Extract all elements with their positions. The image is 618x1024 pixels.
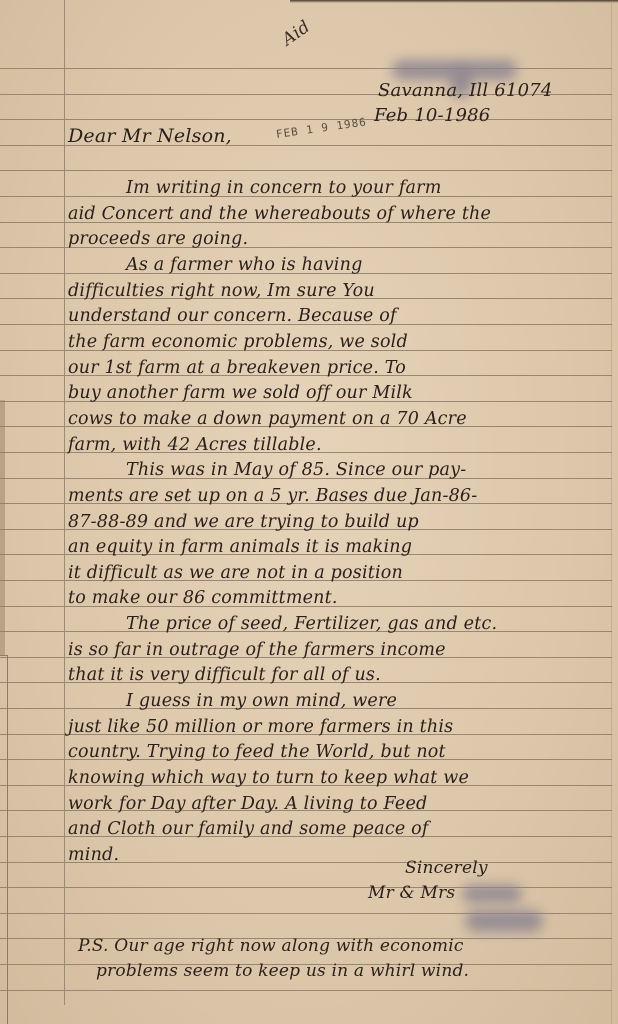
body-line: just like 50 million or more farmers in … [68, 717, 453, 737]
rule-line [0, 170, 612, 171]
rule-line [0, 990, 612, 991]
body-line: an equity in farm animals it is making [68, 537, 412, 557]
body-line: understand our concern. Because of [68, 306, 397, 326]
body-line: aid Concert and the whereabouts of where… [68, 204, 491, 224]
postscript-line: P.S. Our age right now along with econom… [78, 936, 464, 956]
body-line: that it is very difficult for all of us. [68, 665, 381, 685]
body-line: 87-88-89 and we are trying to build up [68, 512, 419, 532]
body-line: cows to make a down payment on a 70 Acre [68, 409, 467, 429]
letter-page: Aid Savanna, Ill 61074 Feb 10-1986 Dear … [0, 0, 618, 1024]
body-line: This was in May of 85. Since our pay- [126, 460, 466, 480]
redacted-signature-name [462, 885, 522, 903]
body-line: As a farmer who is having [126, 255, 362, 275]
sender-address: Savanna, Ill 61074 [378, 80, 553, 101]
body-line: difficulties right now, Im sure You [68, 281, 375, 301]
redacted-signature-surname [465, 910, 543, 932]
body-line: the farm economic problems, we sold [68, 332, 408, 352]
letter-date: Feb 10-1986 [374, 105, 490, 126]
body-line: I guess in my own mind, were [126, 691, 397, 711]
body-line: mind. [68, 845, 119, 865]
body-line: knowing which way to turn to keep what w… [68, 768, 469, 788]
body-line: buy another farm we sold off our Milk [68, 383, 413, 403]
body-line: The price of seed, Fertilizer, gas and e… [126, 614, 497, 634]
body-line: Im writing in concern to your farm [126, 178, 442, 198]
body-line: our 1st farm at a breakeven price. To [68, 358, 406, 378]
body-line: ments are set up on a 5 yr. Bases due Ja… [68, 486, 477, 506]
body-line: proceeds are going. [68, 229, 248, 249]
body-line: and Cloth our family and some peace of [68, 819, 429, 839]
closing: Sincerely [405, 858, 488, 878]
body-line: farm, with 42 Acres tillable. [68, 435, 322, 455]
margin-line [64, 0, 65, 1005]
body-line: to make our 86 committment. [68, 588, 338, 608]
salutation: Dear Mr Nelson, [68, 125, 232, 147]
body-line: country. Trying to feed the World, but n… [68, 742, 446, 762]
signature: Mr & Mrs [368, 883, 455, 903]
body-line: it difficult as we are not in a position [68, 563, 403, 583]
postscript-line: problems seem to keep us in a whirl wind… [96, 961, 469, 981]
rule-line [0, 119, 612, 120]
body-line: work for Day after Day. A living to Feed [68, 794, 427, 814]
body-line: is so far in outrage of the farmers inco… [68, 640, 446, 660]
rule-line [0, 68, 612, 69]
